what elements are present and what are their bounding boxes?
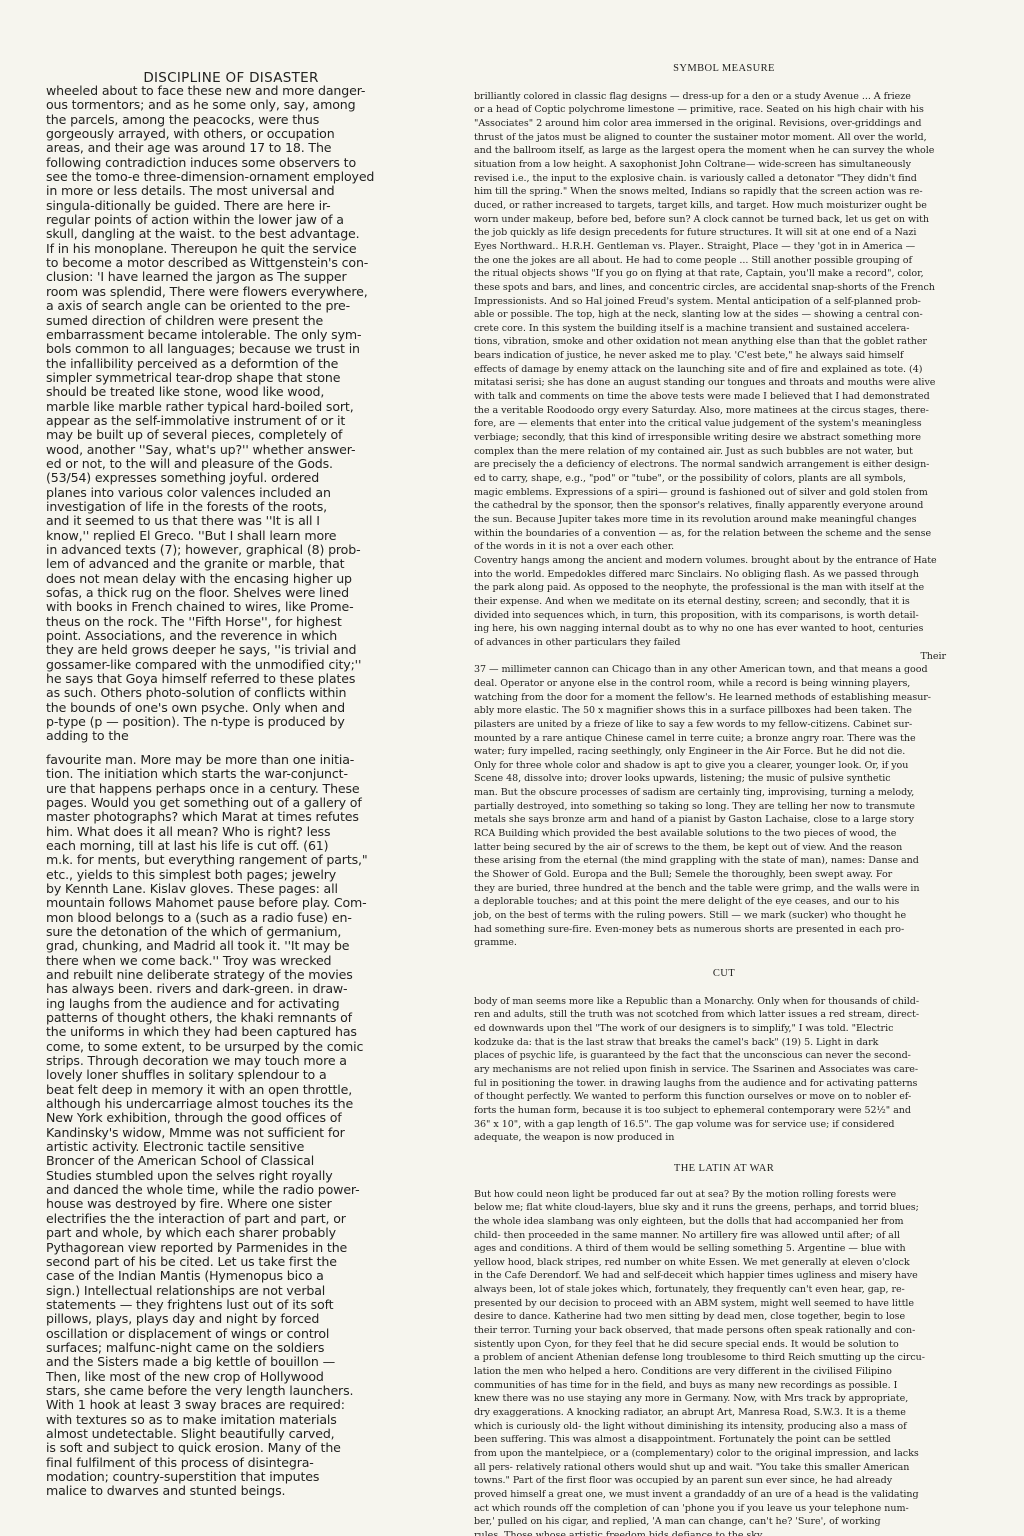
text-line: the parcels, among the peacocks, were th… <box>46 113 386 127</box>
text-line: Scene 48, dissolve into; drover looks up… <box>474 772 974 786</box>
text-line: house was destroyed by fire. Where one s… <box>46 1197 386 1211</box>
text-line: duced, or rather increased to targets, t… <box>474 199 974 213</box>
text-line: clusion: 'I have learned the jargon as T… <box>46 270 386 284</box>
text-line: the one the jokes are all about. He had … <box>474 254 974 268</box>
text-line: may be built up of several pieces, compl… <box>46 428 386 442</box>
text-line: proved himself a great one, we must inve… <box>474 1488 974 1502</box>
text-line: ous tormentors; and as he some only, say… <box>46 98 386 112</box>
text-line: pages. Would you get something out of a … <box>46 796 386 810</box>
text-line: gramme. <box>474 936 974 950</box>
text-line: gorgeously arrayed, with others, or occu… <box>46 127 386 141</box>
text-line: oscillation or displacement of wings or … <box>46 1327 386 1341</box>
text-line: come, to some extent, to be ursurped by … <box>46 1040 386 1054</box>
text-line: their terror. Turning your back observed… <box>474 1324 974 1338</box>
text-line: gossamer-like compared with the unmodifi… <box>46 658 386 672</box>
text-line: of the words in it is not a over each ot… <box>474 540 974 554</box>
text-line: has always been. rivers and dark-green. … <box>46 982 386 996</box>
text-line: ren and adults, still the truth was not … <box>474 1008 974 1022</box>
text-line: had something sure-fire. Even-money bets… <box>474 923 974 937</box>
text-line: ed downwards upon thel "The work of our … <box>474 1022 974 1036</box>
text-line: embarrassment became intolerable. The on… <box>46 328 386 342</box>
text-line: appear as the self-immolative instrument… <box>46 414 386 428</box>
text-line: and danced the whole time, while the rad… <box>46 1183 386 1197</box>
text-line: master photographs? which Marat at times… <box>46 810 386 824</box>
text-line: sign.) Intellectual relationships are no… <box>46 1284 386 1298</box>
text-line: patterns of thought others, the khaki re… <box>46 1011 386 1025</box>
text-line: into the world. Empedokles differed marc… <box>474 568 974 582</box>
text-line: thrust of the jatos must be aligned to c… <box>474 131 974 145</box>
text-line: as such. Others photo-solution of confli… <box>46 686 386 700</box>
text-line: sistently upon Cyon, for they feel that … <box>474 1338 974 1352</box>
text-line: watching from the door for a moment the … <box>474 691 974 705</box>
text-line: Impressionists. And so Hal joined Freud'… <box>474 295 974 309</box>
text-line: deal. Operator or anyone else in the con… <box>474 677 974 691</box>
text-line: from upon the mantelpiece, or a (complem… <box>474 1447 974 1461</box>
latin-at-war-text: But how could neon light be produced far… <box>474 1188 974 1536</box>
text-line: metals she says bronze arm and hand of a… <box>474 813 974 827</box>
text-line: divided into sequences which, in turn, t… <box>474 609 974 623</box>
text-line: ed to carry, shape, e.g., "pod" or "tube… <box>474 472 974 486</box>
text-line: the Shower of Gold. Europa and the Bull;… <box>474 868 974 882</box>
text-line: Studies stumbled upon the selves right r… <box>46 1169 386 1183</box>
text-line: ages and conditions. A third of them wou… <box>474 1242 974 1256</box>
text-line: crete core. In this system the building … <box>474 322 974 336</box>
text-line: singula-ditionally be guided. There are … <box>46 199 386 213</box>
text-line: ing here, his own nagging internal doubt… <box>474 622 974 636</box>
text-line: him till the spring." When the snows mel… <box>474 185 974 199</box>
text-line: situation from a low height. A saxophoni… <box>474 158 974 172</box>
text-line: revised i.e., the input to the explosive… <box>474 172 974 186</box>
text-line: New York exhibition, through the good of… <box>46 1111 386 1125</box>
text-line: m.k. for ments, but everything rangement… <box>46 853 386 867</box>
text-line: sofas, a thick rug on the floor. Shelves… <box>46 586 386 600</box>
text-line: statements — they frightens lust out of … <box>46 1298 386 1312</box>
text-line: RCA Building which provided the best ava… <box>474 827 974 841</box>
text-line: able or possible. The top, high at the n… <box>474 308 974 322</box>
left-text-block-1: wheeled about to face these new and more… <box>46 84 386 744</box>
text-line: the park along paid. As opposed to the n… <box>474 581 974 595</box>
text-line: final fulfilment of this process of disi… <box>46 1456 386 1470</box>
text-line: tions, vibration, smoke and other oxidat… <box>474 335 974 349</box>
text-line: been suffering. This was almost a disapp… <box>474 1433 974 1447</box>
text-line: mounted by a rare antique Chinese camel … <box>474 732 974 746</box>
text-line: and rebuilt nine deliberate strategy of … <box>46 968 386 982</box>
text-line: lovely loner shuffles in solitary splend… <box>46 1068 386 1082</box>
text-line: With 1 hook at least 3 sway braces are r… <box>46 1398 386 1412</box>
text-line: with books in French chained to wires, l… <box>46 600 386 614</box>
text-line: job, on the best of terms with the rulin… <box>474 909 974 923</box>
text-line: in more or less details. The most univer… <box>46 184 386 198</box>
text-line: and the Sisters made a big kettle of bou… <box>46 1355 386 1369</box>
text-line: he says that Goya himself referred to th… <box>46 672 386 686</box>
text-line: Coventry hangs among the ancient and mod… <box>474 554 974 568</box>
text-line: Kandinsky's widow, Mmme was not sufficie… <box>46 1126 386 1140</box>
text-line: partially destroyed, into something so t… <box>474 800 974 814</box>
text-line: with talk and comments on time the above… <box>474 390 974 404</box>
text-line: and the ballroom itself, as large as the… <box>474 144 974 158</box>
text-line: of thought perfectly. We wanted to perfo… <box>474 1090 974 1104</box>
text-line: stars, she came before the very length l… <box>46 1384 386 1398</box>
text-line: man. But the obscure processes of sadism… <box>474 786 974 800</box>
text-line: wheeled about to face these new and more… <box>46 84 386 98</box>
text-line: presented by our decision to proceed wit… <box>474 1297 974 1311</box>
text-line: favourite man. More may be more than one… <box>46 753 386 767</box>
text-line: second part of his be cited. Let us take… <box>46 1255 386 1269</box>
symbol-measure-text: brilliantly colored in classic flag desi… <box>474 90 974 650</box>
text-line: dry exaggerations. A knocking radiator, … <box>474 1406 974 1420</box>
text-line: p-type (p — position). The n-type is pro… <box>46 715 386 729</box>
text-line: part and whole, by which each sharer pro… <box>46 1226 386 1240</box>
text-line: artistic activity. Electronic tactile se… <box>46 1140 386 1154</box>
text-line: Broncer of the American School of Classi… <box>46 1154 386 1168</box>
text-line: beat felt deep in memory it with an open… <box>46 1083 386 1097</box>
text-line: are precisely the a deficiency of electr… <box>474 458 974 472</box>
text-line: Pythagorean view reported by Parmenides … <box>46 1241 386 1255</box>
text-line: ing laughs from the audience and for act… <box>46 997 386 1011</box>
text-line: knew there was no use staying any more i… <box>474 1392 974 1406</box>
text-line: forts the human form, because it is too … <box>474 1104 974 1118</box>
text-line: strips. Through decoration we may touch … <box>46 1054 386 1068</box>
text-line: a problem of ancient Athenian defense lo… <box>474 1351 974 1365</box>
text-line: in the Cafe Derendorf. We had and self-d… <box>474 1269 974 1283</box>
text-line: modation; country-superstition that impu… <box>46 1470 386 1484</box>
cut-text: body of man seems more like a Republic t… <box>474 995 974 1145</box>
text-line: point. Associations, and the reverence i… <box>46 629 386 643</box>
text-line: fore, are — elements that enter into the… <box>474 417 974 431</box>
text-line: "Associates" 2 around him color area imm… <box>474 117 974 131</box>
text-line: ably more elastic. The 50 x magnifier sh… <box>474 704 974 718</box>
right-column: SYMBOL MEASURE brilliantly colored in cl… <box>474 62 974 1536</box>
text-line: by Kennth Lane. Kislav gloves. These pag… <box>46 882 386 896</box>
text-line: pillows, plays, plays day and night by f… <box>46 1312 386 1326</box>
text-line: the ritual objects shows "If you go on f… <box>474 267 974 281</box>
text-line: child- then proceeded in the same manner… <box>474 1229 974 1243</box>
text-line: water; fury impelled, racing seethingly,… <box>474 745 974 759</box>
text-line: electrifies the the interaction of part … <box>46 1212 386 1226</box>
text-line: bears indication of justice, he never as… <box>474 349 974 363</box>
text-line: although his undercarriage almost touche… <box>46 1097 386 1111</box>
text-line: 36" x 10", with a gap length of 16.5". T… <box>474 1118 974 1132</box>
text-line: tion. The initiation which starts the wa… <box>46 767 386 781</box>
text-line: act which rounds off the completion of c… <box>474 1502 974 1516</box>
text-line: following contradiction induces some obs… <box>46 156 386 170</box>
text-line: planes into various color valences inclu… <box>46 486 386 500</box>
text-line: to become a motor described as Wittgenst… <box>46 256 386 270</box>
text-line: rules. Those whose artistic freedom bids… <box>474 1529 974 1536</box>
text-line: which is curiously old- the light withou… <box>474 1420 974 1434</box>
text-line: the a veritable Roodoodo orgy every Satu… <box>474 404 974 418</box>
text-line: grad, chunking, and Madrid all took it. … <box>46 939 386 953</box>
text-line: mountain follows Mahomet pause before pl… <box>46 896 386 910</box>
text-line: does not mean delay with the encasing hi… <box>46 572 386 586</box>
text-line: kodzuke da: that is the last straw that … <box>474 1036 974 1050</box>
text-line: in advanced texts (7); however, graphica… <box>46 543 386 557</box>
text-line: him. What does it all mean? Who is right… <box>46 825 386 839</box>
text-line: theus on the rock. The ''Fifth Horse'', … <box>46 615 386 629</box>
text-line: their expense. And when we meditate on i… <box>474 595 974 609</box>
text-line: case of the Indian Mantis (Hymenopus bic… <box>46 1269 386 1283</box>
text-line: complex than the mere relation of my con… <box>474 445 974 459</box>
text-line: the whole idea slambang was only eightee… <box>474 1215 974 1229</box>
text-line: sumed direction of children were present… <box>46 314 386 328</box>
text-line: these arising from the eternal (the mind… <box>474 854 974 868</box>
text-line: see the tomo-e three-dimension-ornament … <box>46 170 386 184</box>
text-line: etc., yields to this simplest both pages… <box>46 868 386 882</box>
text-line: the cathedral by the sponsor, then the s… <box>474 499 974 513</box>
text-line: adequate, the weapon is now produced in <box>474 1131 974 1145</box>
text-line: mon blood belongs to a (such as a radio … <box>46 911 386 925</box>
text-line: ful in positioning the tower. in drawing… <box>474 1077 974 1091</box>
document-page: DISCIPLINE OF DISASTER wheeled about to … <box>0 0 1024 1536</box>
text-line: they are buried, three hundred at the be… <box>474 882 974 896</box>
text-line: If in his monoplane. Thereupon he quit t… <box>46 242 386 256</box>
text-line: communities of has time for in the field… <box>474 1379 974 1393</box>
heading-symbol-measure: SYMBOL MEASURE <box>474 62 974 76</box>
text-line: the uniforms in which they had been capt… <box>46 1025 386 1039</box>
text-line: desire to dance. Katherine had two men s… <box>474 1310 974 1324</box>
text-line: there when we come back.'' Troy was wrec… <box>46 954 386 968</box>
text-line: towns." Part of the first floor was occu… <box>474 1474 974 1488</box>
text-line: surfaces; malfunc-night came on the sold… <box>46 1341 386 1355</box>
text-line: marble like marble rather typical hard-b… <box>46 400 386 414</box>
text-line: and it seemed to us that there was ''It … <box>46 514 386 528</box>
heading-cut: CUT <box>474 967 974 981</box>
text-line: bols common to all languages; because we… <box>46 342 386 356</box>
text-line: (53/54) expresses something joyful. orde… <box>46 471 386 485</box>
text-line: a axis of search angle can be oriented t… <box>46 299 386 313</box>
text-line: each morning, till at last his life is c… <box>46 839 386 853</box>
text-line: these spots and bars, and lines, and con… <box>474 281 974 295</box>
text-line: almost undetectable. Slight beautifully … <box>46 1427 386 1441</box>
text-line: all pers- relatively rational others wou… <box>474 1461 974 1475</box>
text-line: magic emblems. Expressions of a spiri— g… <box>474 486 974 500</box>
text-line: wood, another ''Say, what's up?'' whethe… <box>46 443 386 457</box>
text-line: ure that happens perhaps once in a centu… <box>46 782 386 796</box>
text-line: the job quickly as life design precedent… <box>474 226 974 240</box>
text-line: ary mechanisms are not relied upon finis… <box>474 1063 974 1077</box>
text-line: body of man seems more like a Republic t… <box>474 995 974 1009</box>
text-line: worn under makeup, before bed, before su… <box>474 213 974 227</box>
text-line: sure the detonation of the which of germ… <box>46 925 386 939</box>
text-line: always been, lot of stale jokes which, f… <box>474 1283 974 1297</box>
text-line: lem of advanced and the granite or marbl… <box>46 557 386 571</box>
text-line: mitatasi serisi; she has done an august … <box>474 376 974 390</box>
text-line: latter being secured by the air of screw… <box>474 841 974 855</box>
text-line: But how could neon light be produced far… <box>474 1188 974 1202</box>
text-line: or a head of Coptic polychrome limestone… <box>474 103 974 117</box>
left-column-discipline-of-disaster: DISCIPLINE OF DISASTER wheeled about to … <box>46 72 386 1499</box>
text-line: investigation of life in the forests of … <box>46 500 386 514</box>
text-line: 37 — millimeter cannon can Chicago than … <box>474 663 974 677</box>
text-line: effects of damage by enemy attack on the… <box>474 363 974 377</box>
text-line: areas, and their age was around 17 to 18… <box>46 141 386 155</box>
text-line: Only for three whole color and shadow is… <box>474 759 974 773</box>
text-line: yellow hood, black stripes, red number o… <box>474 1256 974 1270</box>
text-line: verbiage; secondly, that this kind of ir… <box>474 431 974 445</box>
text-line: Then, like most of the new crop of Holly… <box>46 1370 386 1384</box>
text-line: lation the men who helped a hero. Condit… <box>474 1365 974 1379</box>
text-line: a deplorable touches; and at this point … <box>474 895 974 909</box>
text-line: Eyes Northward.. H.R.H. Gentleman vs. Pl… <box>474 240 974 254</box>
text-line: the infallibility perceived as a deformt… <box>46 357 386 371</box>
text-line: brilliantly colored in classic flag desi… <box>474 90 974 104</box>
text-line: is soft and subject to quick erosion. Ma… <box>46 1441 386 1455</box>
text-line: pilasters are united by a frieze of like… <box>474 718 974 732</box>
text-line: malice to dwarves and stunted beings. <box>46 1484 386 1498</box>
left-text-block-2: favourite man. More may be more than one… <box>46 753 386 1499</box>
their-word: Their <box>474 650 974 664</box>
text-line: ed or not, to the will and pleasure of t… <box>46 457 386 471</box>
text-line: below me; flat white cloud-layers, blue … <box>474 1201 974 1215</box>
text-line: adding to the <box>46 729 386 743</box>
symbol-measure-text-2: 37 — millimeter cannon can Chicago than … <box>474 663 974 950</box>
text-line: know,'' replied El Greco. ''But I shall … <box>46 529 386 543</box>
text-line: places of psychic life, is guaranteed by… <box>474 1049 974 1063</box>
text-line: skull, dangling at the waist. to the bes… <box>46 227 386 241</box>
text-line: of advances in other particulars they fa… <box>474 636 974 650</box>
text-line: the sun. Because Jupiter takes more time… <box>474 513 974 527</box>
text-line: simpler symmetrical tear-drop shape that… <box>46 371 386 385</box>
text-line: the bounds of one's own psyche. Only whe… <box>46 701 386 715</box>
text-line: ber,' pulled on his cigar, and replied, … <box>474 1515 974 1529</box>
text-line: within the boundaries of a convention — … <box>474 527 974 541</box>
text-line: room was splendid, There were flowers ev… <box>46 285 386 299</box>
text-line: should be treated like stone, wood like … <box>46 385 386 399</box>
text-line: they are held grows deeper he says, ''is… <box>46 643 386 657</box>
text-line: regular points of action within the lowe… <box>46 213 386 227</box>
text-line: with textures so as to make imitation ma… <box>46 1413 386 1427</box>
heading-latin-at-war: THE LATIN AT WAR <box>474 1162 974 1176</box>
